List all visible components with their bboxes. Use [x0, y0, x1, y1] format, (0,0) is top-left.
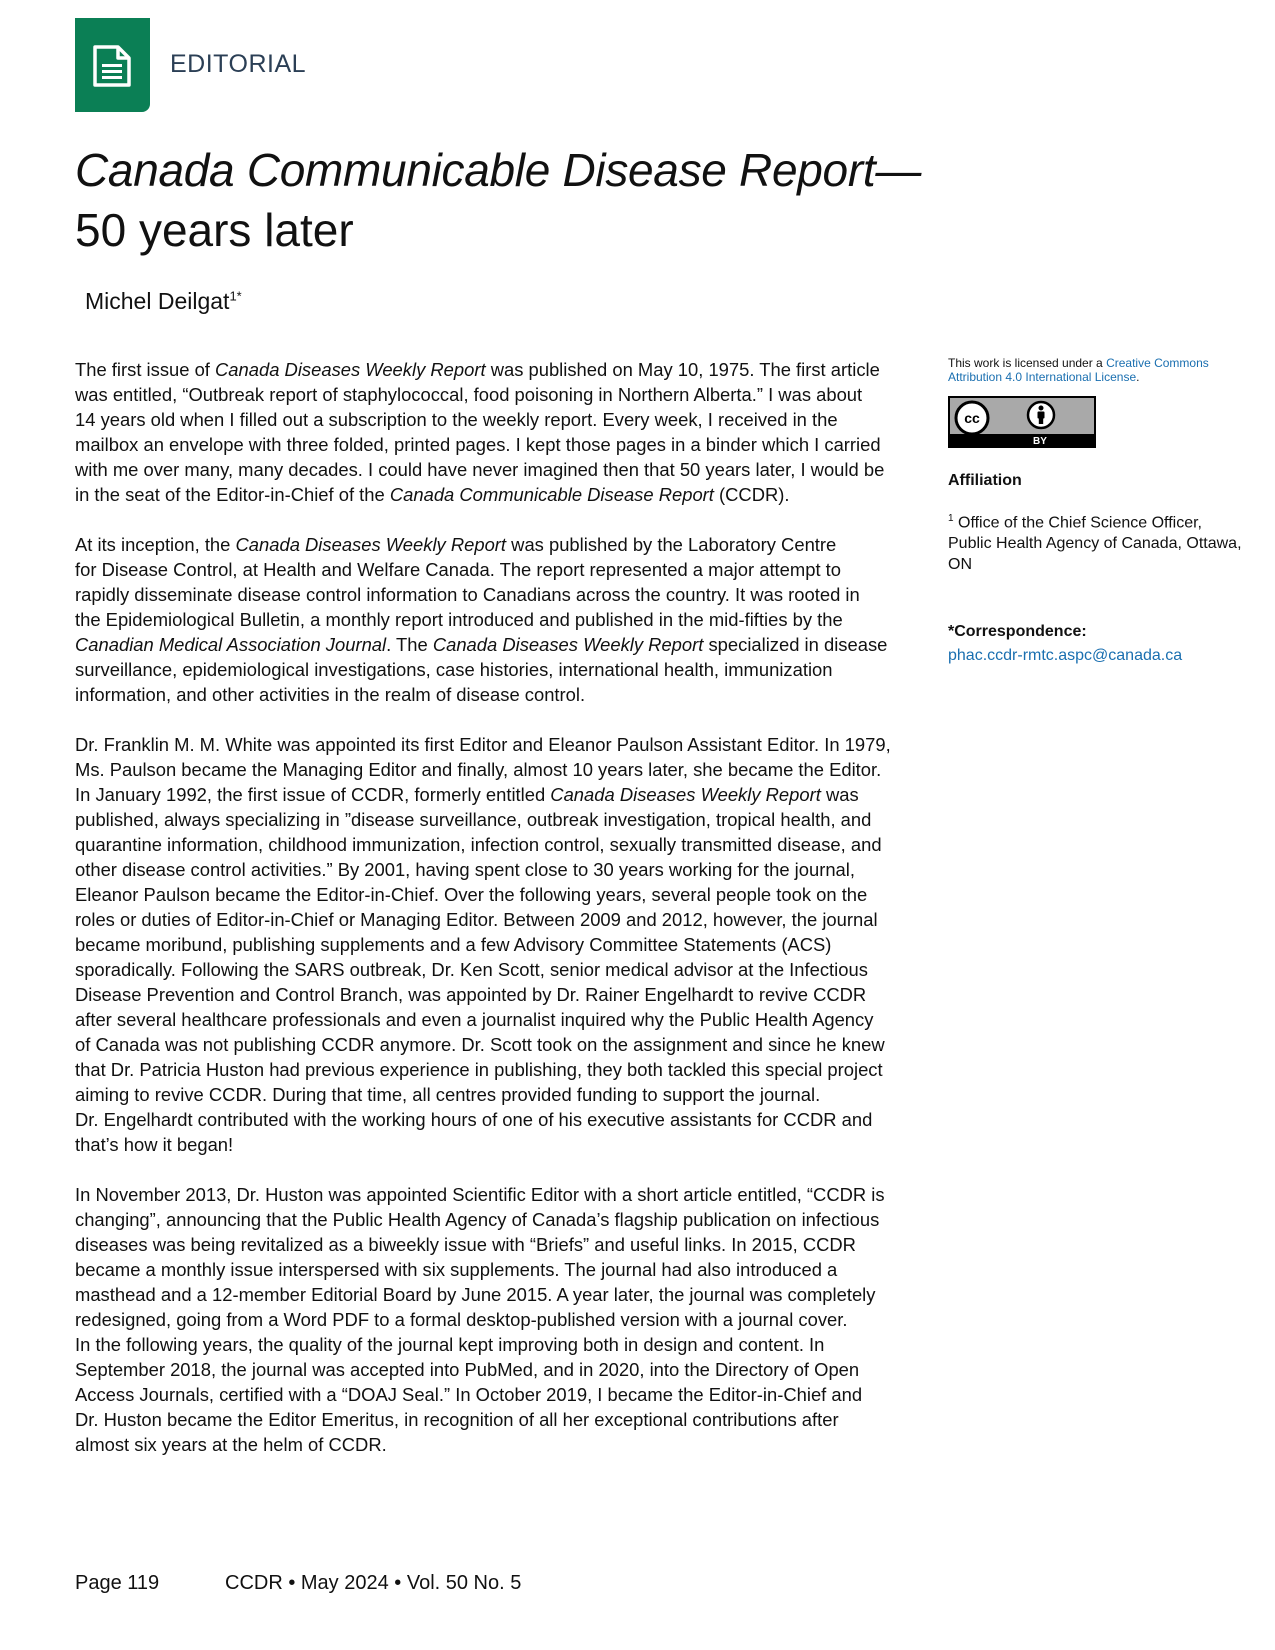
- text-line: became moribund, publishing supplements …: [75, 932, 935, 957]
- text-line: for Disease Control, at Health and Welfa…: [75, 557, 935, 582]
- cc-icon: cc: [954, 400, 990, 436]
- cc-badge-band: [950, 434, 1094, 446]
- text-line: Dr. Huston became the Editor Emeritus, i…: [75, 1407, 935, 1432]
- text-line: almost six years at the helm of CCDR.: [75, 1432, 935, 1457]
- publication-title: Canada Communicable Disease Report: [390, 484, 714, 505]
- section-icon-box: [75, 18, 150, 112]
- text-line: quarantine information, childhood immuni…: [75, 832, 935, 857]
- text-line: after several healthcare professionals a…: [75, 1007, 935, 1032]
- body-paragraph: At its inception, the Canada Diseases We…: [75, 532, 935, 707]
- text-line: with me over many, many decades. I could…: [75, 457, 935, 482]
- correspondence-email-link[interactable]: phac.ccdr-rmtc.aspc@canada.ca: [948, 647, 1248, 665]
- page-number: Page 119: [75, 1572, 159, 1595]
- sidebar: This work is licensed under a Creative C…: [948, 356, 1248, 665]
- text-line: rapidly disseminate disease control info…: [75, 582, 935, 607]
- text-line: In the following years, the quality of t…: [75, 1332, 935, 1357]
- author: Michel Deilgat1*: [85, 288, 242, 315]
- text-line: September 2018, the journal was accepted…: [75, 1357, 935, 1382]
- publication-title: Canada Diseases Weekly Report: [236, 534, 507, 555]
- svg-text:cc: cc: [964, 410, 980, 426]
- text-line: that’s how it began!: [75, 1132, 935, 1157]
- title-line-1: Canada Communicable Disease Report—: [75, 140, 921, 200]
- correspondence-heading: *Correspondence:: [948, 623, 1248, 641]
- text-line: in the seat of the Editor-in-Chief of th…: [75, 482, 935, 507]
- text-line: surveillance, epidemiological investigat…: [75, 657, 935, 682]
- text-line: changing”, announcing that the Public He…: [75, 1207, 935, 1232]
- text-line: became a monthly issue interspersed with…: [75, 1257, 935, 1282]
- section-label: EDITORIAL: [170, 50, 306, 79]
- publication-title: Canadian Medical Association Journal: [75, 634, 386, 655]
- license-suffix: .: [1136, 370, 1139, 384]
- publication-title: Canada Diseases Weekly Report: [550, 784, 821, 805]
- text-line: The first issue of Canada Diseases Weekl…: [75, 357, 935, 382]
- text-line: In January 1992, the first issue of CCDR…: [75, 782, 935, 807]
- page-title: Canada Communicable Disease Report— 50 y…: [75, 140, 921, 260]
- text-line: roles or duties of Editor-in-Chief or Ma…: [75, 907, 935, 932]
- text-line: was entitled, “Outbreak report of staphy…: [75, 382, 935, 407]
- text-line: the Epidemiological Bulletin, a monthly …: [75, 607, 935, 632]
- document-icon: [92, 45, 132, 87]
- text-line: Disease Prevention and Control Branch, w…: [75, 982, 935, 1007]
- body-paragraph: The first issue of Canada Diseases Weekl…: [75, 357, 935, 507]
- title-line-2: 50 years later: [75, 200, 921, 260]
- attribution-person-icon: [1026, 400, 1056, 430]
- text-line: masthead and a 12-member Editorial Board…: [75, 1282, 935, 1307]
- text-line: of Canada was not publishing CCDR anymor…: [75, 1032, 935, 1057]
- text-line: mailbox an envelope with three folded, p…: [75, 432, 935, 457]
- cc-by-badge[interactable]: cc BY: [948, 396, 1096, 448]
- text-line: In November 2013, Dr. Huston was appoint…: [75, 1182, 935, 1207]
- text-line: that Dr. Patricia Huston had previous ex…: [75, 1057, 935, 1082]
- cc-by-label: BY: [1033, 436, 1047, 447]
- text-line: At its inception, the Canada Diseases We…: [75, 532, 935, 557]
- text-line: information, and other activities in the…: [75, 682, 935, 707]
- text-line: sporadically. Following the SARS outbrea…: [75, 957, 935, 982]
- text-line: 14 years old when I filled out a subscri…: [75, 407, 935, 432]
- text-line: published, always specializing in ”disea…: [75, 807, 935, 832]
- affiliation-heading: Affiliation: [948, 472, 1248, 490]
- body-paragraph: Dr. Franklin M. M. White was appointed i…: [75, 732, 935, 1157]
- publication-title: Canada Diseases Weekly Report: [215, 359, 486, 380]
- text-line: Canadian Medical Association Journal. Th…: [75, 632, 935, 657]
- text-line: Dr. Engelhardt contributed with the work…: [75, 1107, 935, 1132]
- affiliation-text: 1 Office of the Chief Science Officer, P…: [948, 508, 1248, 575]
- publication-title: Canada Diseases Weekly Report: [433, 634, 704, 655]
- text-line: Access Journals, certified with a “DOAJ …: [75, 1382, 935, 1407]
- affiliation-body: Office of the Chief Science Officer, Pub…: [948, 514, 1242, 573]
- body-paragraph: In November 2013, Dr. Huston was appoint…: [75, 1182, 935, 1457]
- author-name: Michel Deilgat: [85, 288, 229, 314]
- license-text: This work is licensed under a: [948, 356, 1106, 370]
- text-line: Eleanor Paulson became the Editor-in-Chi…: [75, 882, 935, 907]
- text-line: aiming to revive CCDR. During that time,…: [75, 1082, 935, 1107]
- article-body: The first issue of Canada Diseases Weekl…: [75, 357, 935, 1482]
- license-notice: This work is licensed under a Creative C…: [948, 356, 1248, 384]
- author-marks: 1*: [229, 288, 241, 303]
- text-line: Dr. Franklin M. M. White was appointed i…: [75, 732, 935, 757]
- text-line: diseases was being revitalized as a biwe…: [75, 1232, 935, 1257]
- issue-info: CCDR • May 2024 • Vol. 50 No. 5: [225, 1572, 521, 1595]
- text-line: Ms. Paulson became the Managing Editor a…: [75, 757, 935, 782]
- text-line: redesigned, going from a Word PDF to a f…: [75, 1307, 935, 1332]
- text-line: other disease control activities.” By 20…: [75, 857, 935, 882]
